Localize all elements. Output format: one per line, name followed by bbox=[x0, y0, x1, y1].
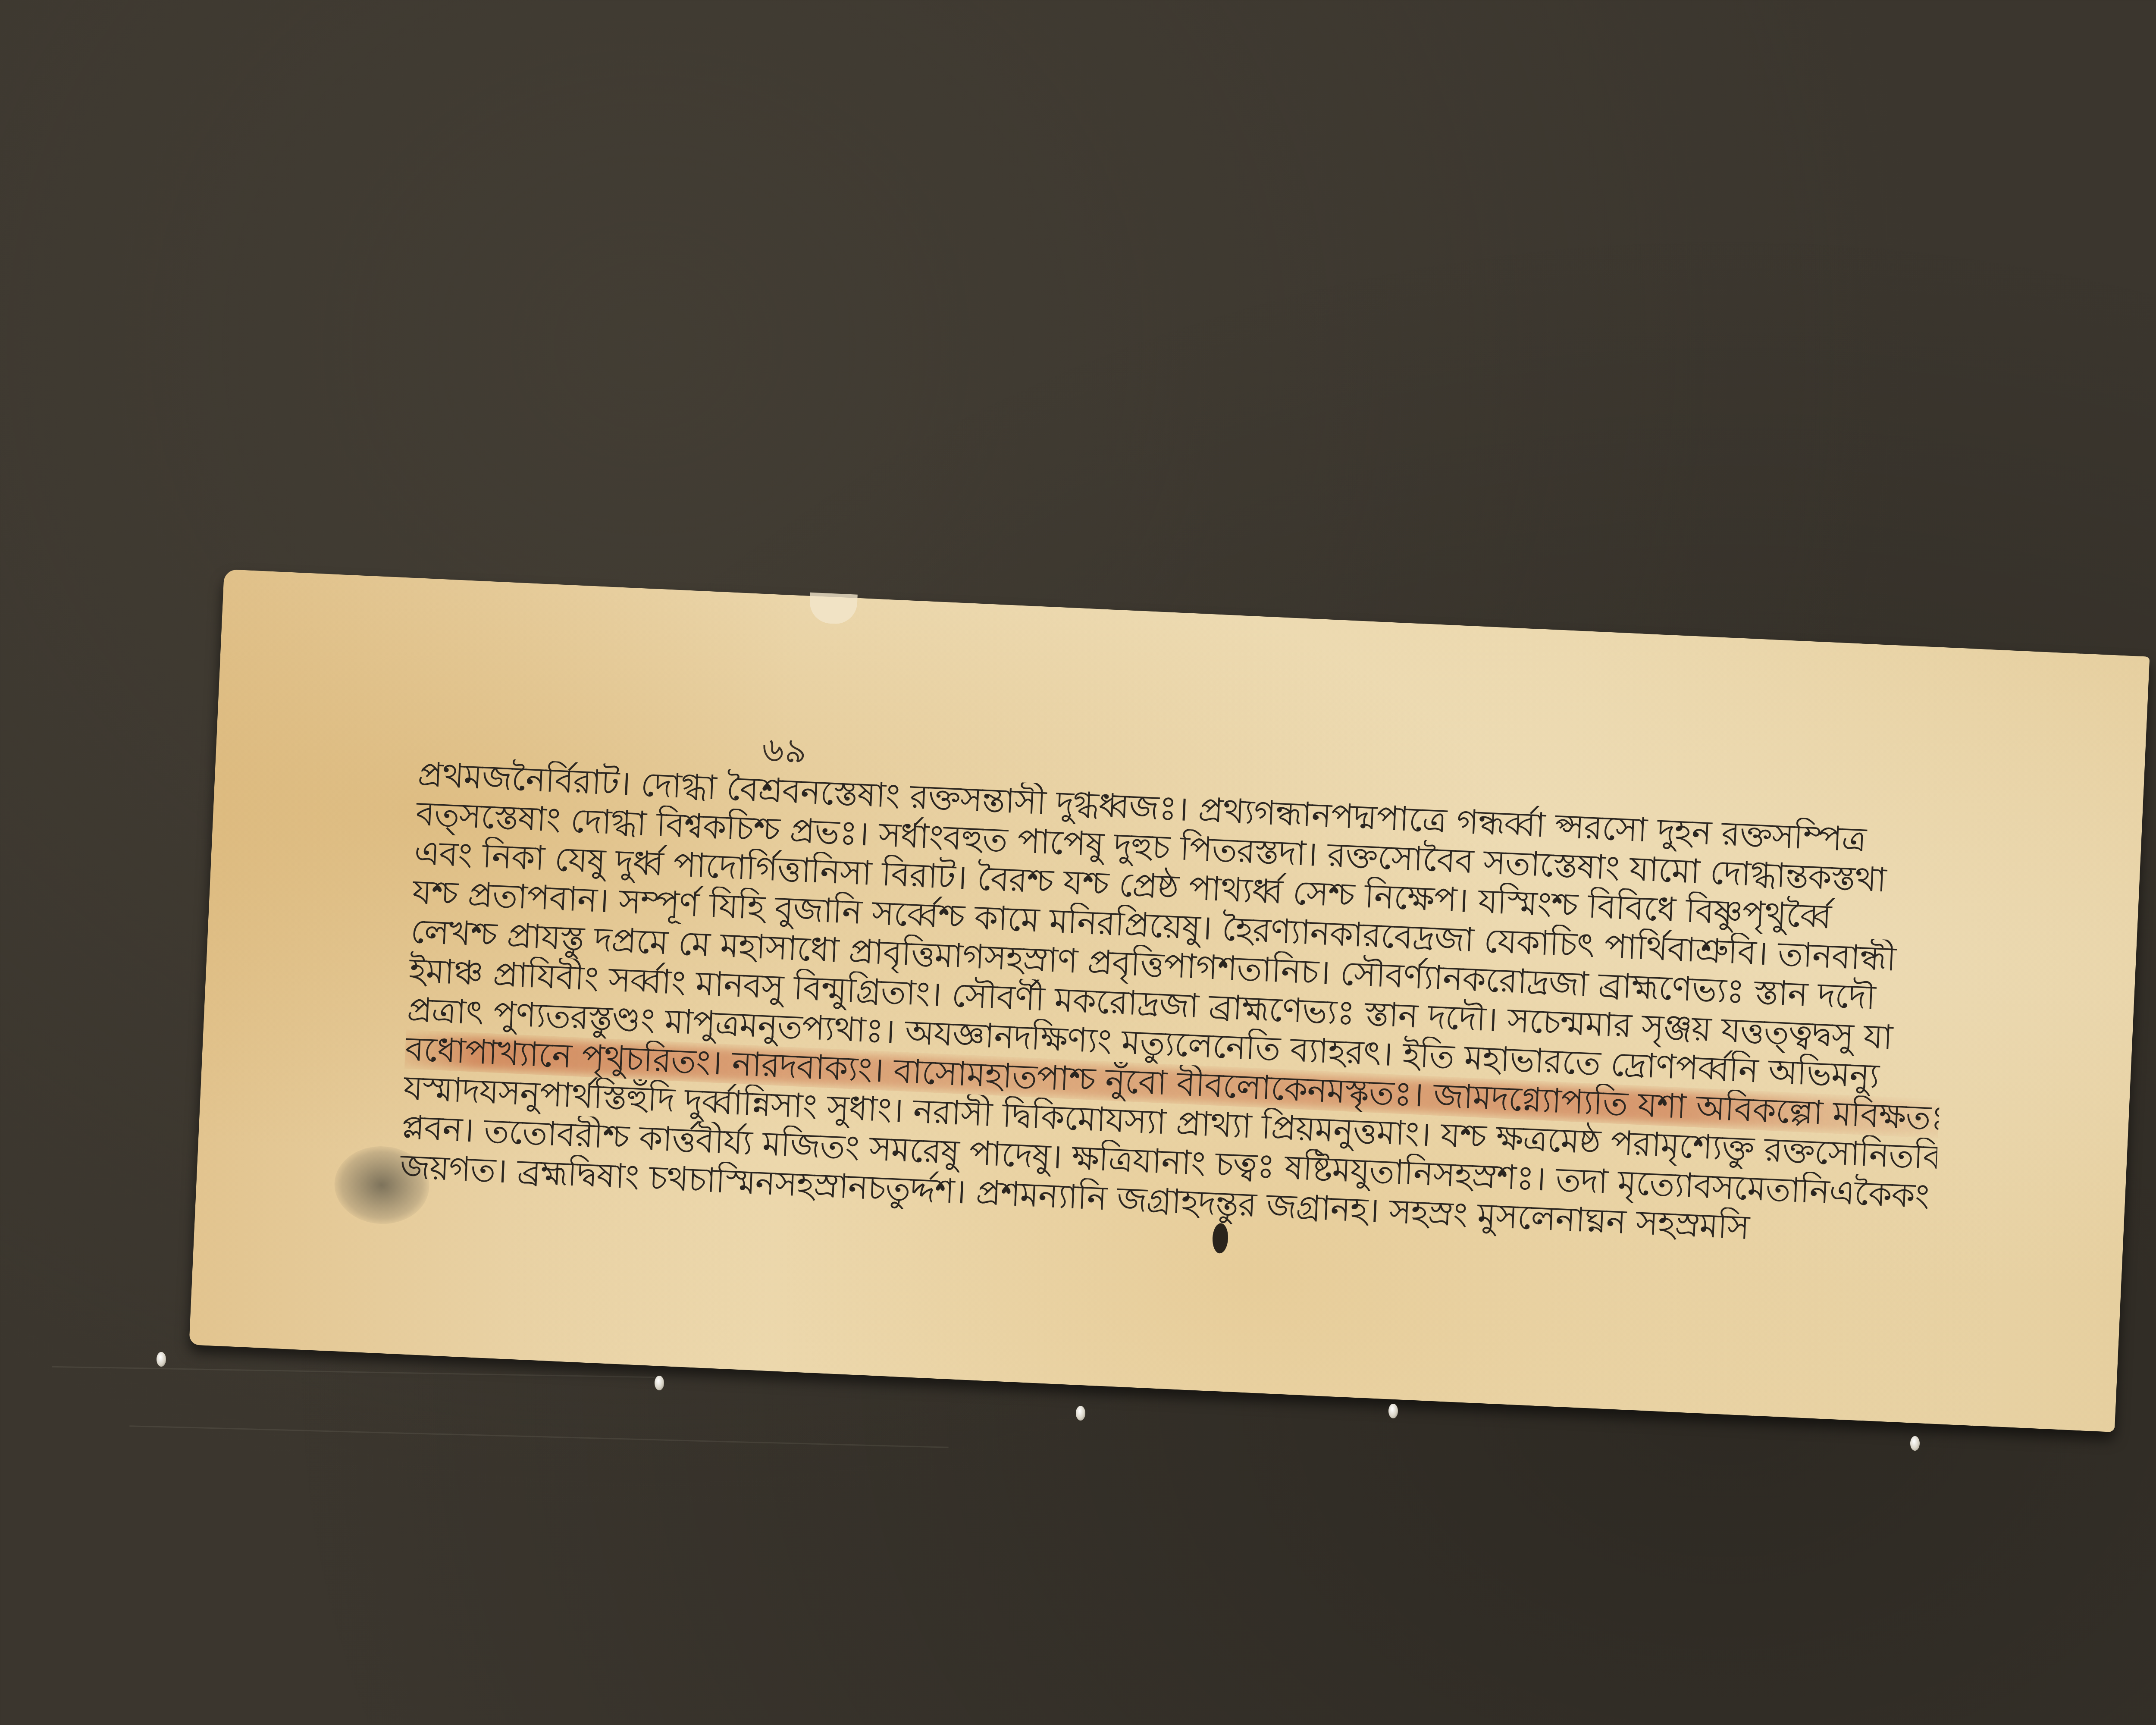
manuscript-leaf: ৬৯ প্রথমজনৈর্বিরাট। দোগ্ধা বৈশ্রবনস্তেষা… bbox=[189, 569, 2150, 1432]
paper-hole bbox=[1212, 1223, 1228, 1254]
paper-tear bbox=[809, 593, 858, 625]
board-scratch bbox=[52, 1366, 655, 1378]
mounting-pin bbox=[1910, 1436, 1920, 1451]
mounting-pin bbox=[1388, 1404, 1398, 1418]
board-scratch bbox=[129, 1425, 948, 1448]
mounting-pin bbox=[1076, 1406, 1085, 1421]
mounting-pin bbox=[655, 1376, 664, 1390]
manuscript-text: প্রথমজনৈর্বিরাট। দোগ্ধা বৈশ্রবনস্তেষাং র… bbox=[399, 755, 1952, 1256]
mounting-pin bbox=[157, 1352, 166, 1367]
